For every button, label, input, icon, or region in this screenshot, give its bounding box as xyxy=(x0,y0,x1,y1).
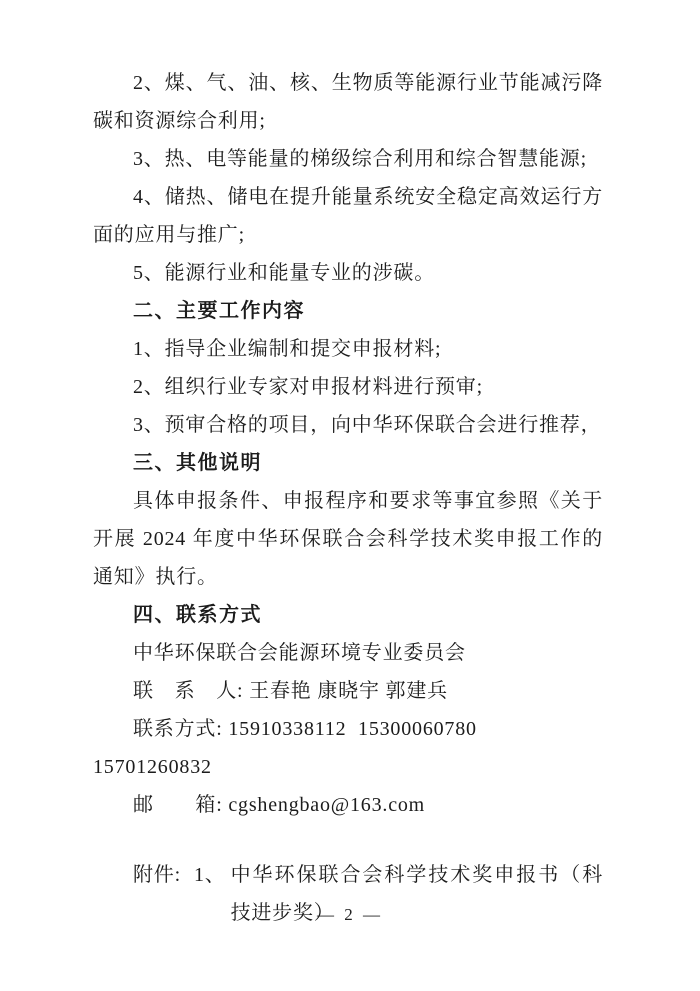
scope-list-item-5: 5、能源行业和能量专业的涉碳。 xyxy=(93,254,603,292)
page-number: — 2 — xyxy=(317,905,383,924)
scope-list-item-3: 3、热、电等能量的梯级综合利用和综合智慧能源; xyxy=(93,140,603,178)
scope-list-item-2: 2、煤、气、油、核、生物质等能源行业节能减污降碳和资源综合利用; xyxy=(93,64,603,140)
contact-organization: 中华环保联合会能源环境专业委员会 xyxy=(93,634,603,672)
work-item-3: 3、预审合格的项目，向中华环保联合会进行推荐， xyxy=(93,406,603,444)
other-notes-paragraph: 具体申报条件、申报程序和要求等事宜参照《关于开展 2024 年度中华环保联合会科… xyxy=(93,482,603,596)
contact-phones: 联系方式: 15910338112 15300060780 1570126083… xyxy=(93,710,603,786)
contact-email: 邮 箱: cgshengbao@163.com xyxy=(93,786,603,824)
attachment-label: 附件: xyxy=(133,856,181,894)
scope-list-item-4: 4、储热、储电在提升能量系统安全稳定高效运行方面的应用与推广; xyxy=(93,178,603,254)
section-heading-main-work: 二、主要工作内容 xyxy=(93,292,603,330)
document-page: 2、煤、气、油、核、生物质等能源行业节能减污降碳和资源综合利用; 3、热、电等能… xyxy=(0,0,700,991)
section-heading-contact: 四、联系方式 xyxy=(93,596,603,634)
attachment-item-number: 1、 xyxy=(194,856,226,894)
document-content: 2、煤、气、油、核、生物质等能源行业节能减污降碳和资源综合利用; 3、热、电等能… xyxy=(93,64,603,932)
work-item-1: 1、指导企业编制和提交申报材料; xyxy=(93,330,603,368)
section-heading-other-notes: 三、其他说明 xyxy=(93,444,603,482)
page-footer: — 2 — xyxy=(0,905,700,925)
work-item-2: 2、组织行业专家对申报材料进行预审; xyxy=(93,368,603,406)
contact-persons: 联 系 人: 王春艳 康晓宇 郭建兵 xyxy=(93,672,603,710)
